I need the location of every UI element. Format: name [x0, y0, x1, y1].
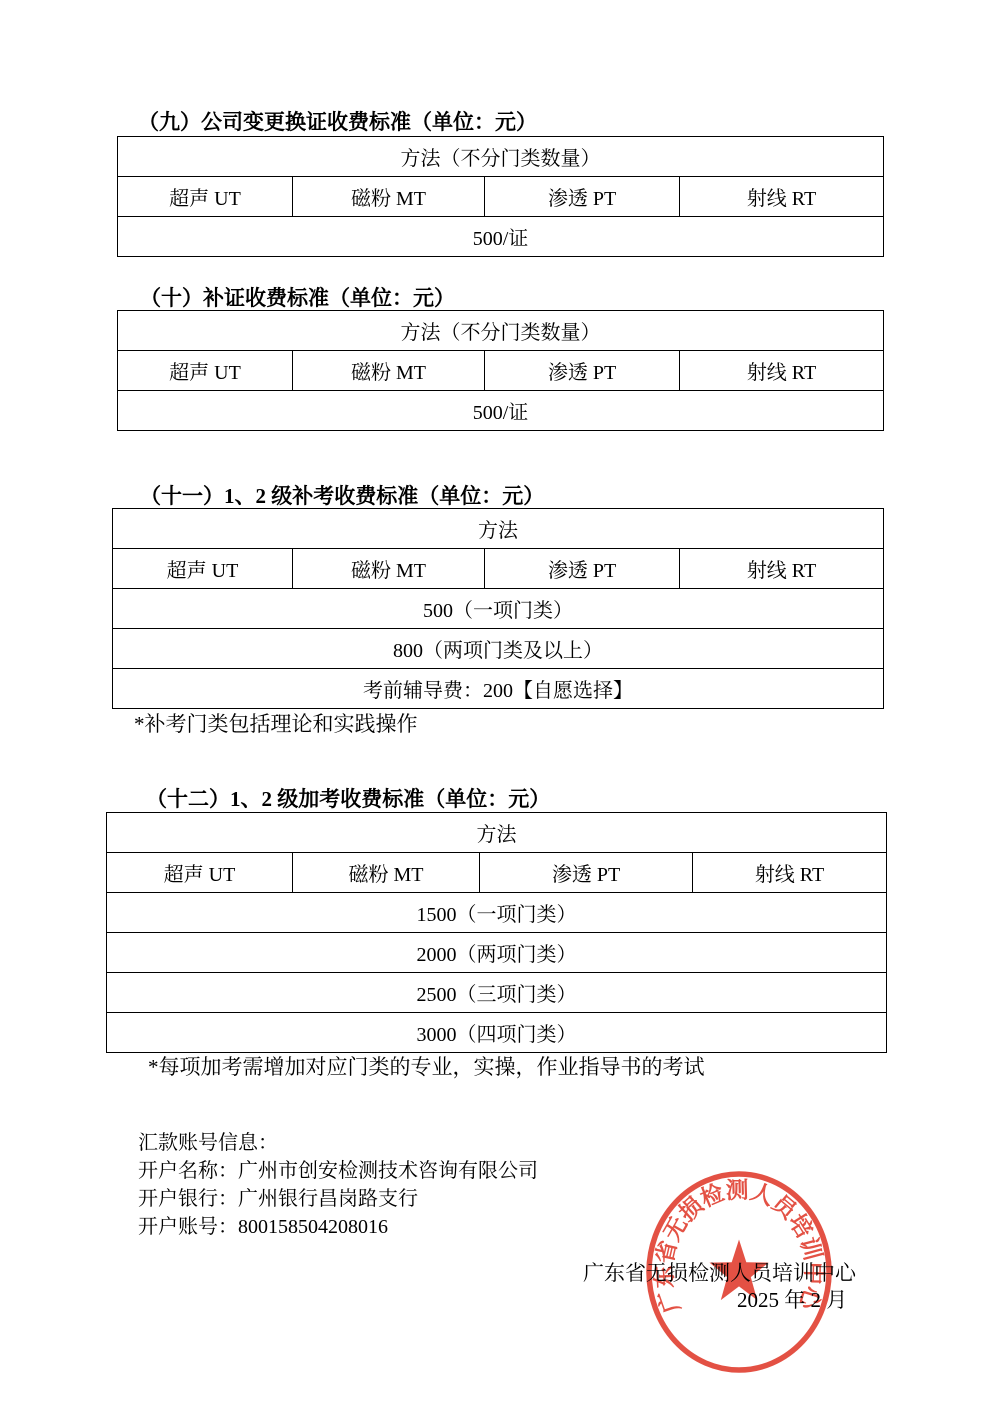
method-cell-pt: 渗透 PT — [485, 549, 680, 589]
method-cell-mt: 磁粉 MT — [293, 351, 485, 391]
method-cell-ut: 超声 UT — [107, 853, 293, 893]
method-cell-pt: 渗透 PT — [485, 177, 680, 217]
fee-value-cell: 考前辅导费：200【自愿选择】 — [113, 669, 884, 709]
table-row: 500（一项门类） — [113, 589, 884, 629]
method-cell-mt: 磁粉 MT — [293, 549, 485, 589]
table-header-cell: 方法 — [107, 813, 887, 853]
section-9-title: （九）公司变更换证收费标准（单位：元） — [138, 110, 537, 134]
fee-value-cell: 800（两项门类及以上） — [113, 629, 884, 669]
fee-value-cell: 500/证 — [118, 391, 884, 431]
fee-value-cell: 2500（三项门类） — [107, 973, 887, 1013]
method-cell-rt: 射线 RT — [680, 351, 884, 391]
method-cell-rt: 射线 RT — [680, 177, 884, 217]
signature-date: 2025 年 2 月 — [737, 1288, 847, 1312]
table-row: 方法 — [113, 509, 884, 549]
table-row: 超声 UT 磁粉 MT 渗透 PT 射线 RT — [113, 549, 884, 589]
table-row: 方法（不分门类数量） — [118, 311, 884, 351]
method-cell-pt: 渗透 PT — [485, 351, 680, 391]
fee-value-cell: 1500（一项门类） — [107, 893, 887, 933]
remittance-bank: 开户银行：广州银行昌岗路支行 — [138, 1187, 418, 1211]
remittance-account-name: 开户名称：广州市创安检测技术咨询有限公司 — [138, 1159, 538, 1183]
method-cell-rt: 射线 RT — [680, 549, 884, 589]
fee-value-cell: 2000（两项门类） — [107, 933, 887, 973]
table-row: 3000（四项门类） — [107, 1013, 887, 1053]
table-row: 1500（一项门类） — [107, 893, 887, 933]
method-cell-mt: 磁粉 MT — [293, 853, 480, 893]
table-row: 2500（三项门类） — [107, 973, 887, 1013]
table-row: 方法 — [107, 813, 887, 853]
fee-value-cell: 500/证 — [118, 217, 884, 257]
section-12-title: （十二）1、2 级加考收费标准（单位：元） — [146, 787, 550, 811]
table-row: 方法（不分门类数量） — [118, 137, 884, 177]
method-cell-rt: 射线 RT — [693, 853, 887, 893]
fee-value-cell: 500（一项门类） — [113, 589, 884, 629]
document-page: （九）公司变更换证收费标准（单位：元） 方法（不分门类数量） 超声 UT 磁粉 … — [0, 0, 993, 1404]
section-12-fee-table: 方法 超声 UT 磁粉 MT 渗透 PT 射线 RT 1500（一项门类） 20… — [106, 812, 887, 1053]
method-cell-pt: 渗透 PT — [480, 853, 693, 893]
method-cell-mt: 磁粉 MT — [293, 177, 485, 217]
section-12-note: *每项加考需增加对应门类的专业，实操，作业指导书的考试 — [148, 1055, 705, 1079]
table-row: 超声 UT 磁粉 MT 渗透 PT 射线 RT — [118, 177, 884, 217]
table-row: 500/证 — [118, 391, 884, 431]
table-row: 2000（两项门类） — [107, 933, 887, 973]
remittance-heading: 汇款账号信息： — [138, 1131, 278, 1155]
table-row: 超声 UT 磁粉 MT 渗透 PT 射线 RT — [118, 351, 884, 391]
fee-value-cell: 3000（四项门类） — [107, 1013, 887, 1053]
section-11-fee-table: 方法 超声 UT 磁粉 MT 渗透 PT 射线 RT 500（一项门类） 800… — [112, 508, 884, 709]
section-10-fee-table: 方法（不分门类数量） 超声 UT 磁粉 MT 渗透 PT 射线 RT 500/证 — [117, 310, 884, 431]
table-header-cell: 方法（不分门类数量） — [118, 311, 884, 351]
signature-org: 广东省无损检测人员培训中心 — [583, 1261, 856, 1285]
method-cell-ut: 超声 UT — [118, 177, 293, 217]
method-cell-ut: 超声 UT — [118, 351, 293, 391]
table-row: 考前辅导费：200【自愿选择】 — [113, 669, 884, 709]
section-10-title: （十）补证收费标准（单位：元） — [140, 286, 455, 310]
method-cell-ut: 超声 UT — [113, 549, 293, 589]
section-9-fee-table: 方法（不分门类数量） 超声 UT 磁粉 MT 渗透 PT 射线 RT 500/证 — [117, 136, 884, 257]
section-11-note: *补考门类包括理论和实践操作 — [134, 712, 418, 736]
table-row: 500/证 — [118, 217, 884, 257]
section-11-title: （十一）1、2 级补考收费标准（单位：元） — [140, 484, 544, 508]
table-header-cell: 方法（不分门类数量） — [118, 137, 884, 177]
remittance-account-number: 开户账号：800158504208016 — [138, 1215, 388, 1239]
table-row: 800（两项门类及以上） — [113, 629, 884, 669]
table-row: 超声 UT 磁粉 MT 渗透 PT 射线 RT — [107, 853, 887, 893]
table-header-cell: 方法 — [113, 509, 884, 549]
